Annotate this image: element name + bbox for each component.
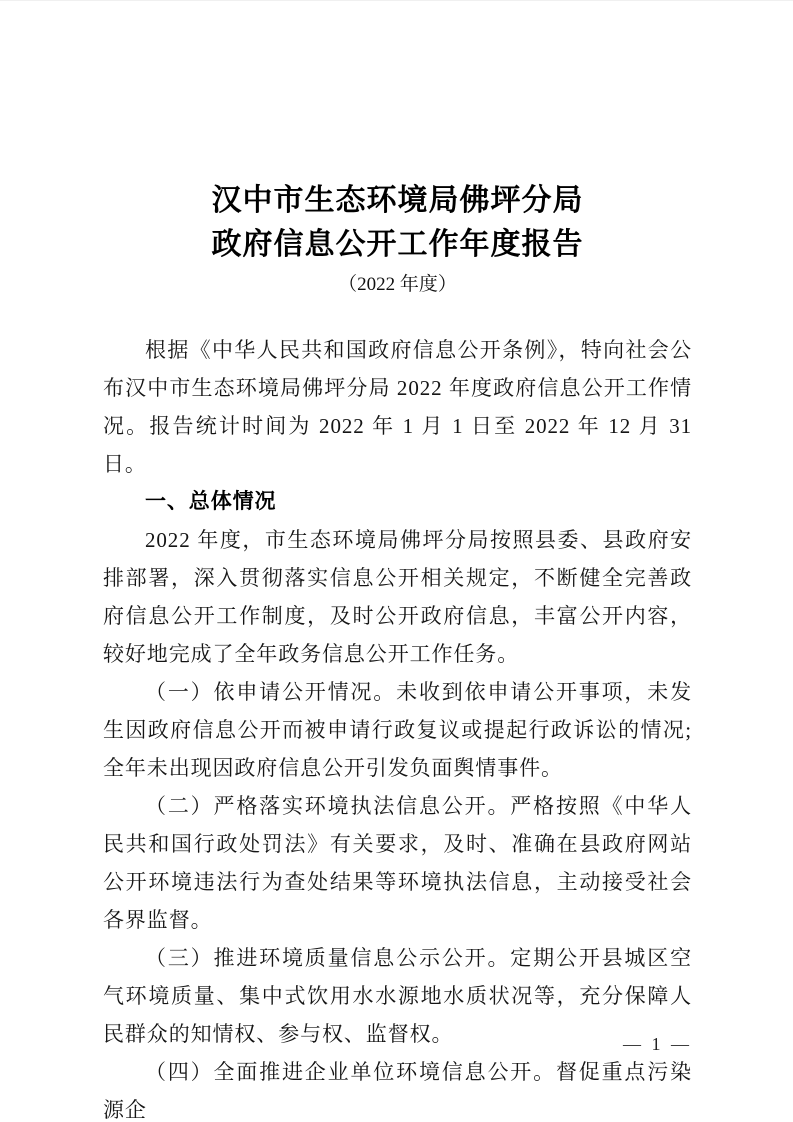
document-title-line-1: 汉中市生态环境局佛坪分局 — [103, 179, 692, 223]
page-number: — 1 — — [623, 1031, 692, 1057]
document-page: 汉中市生态环境局佛坪分局 政府信息公开工作年度报告 （2022 年度） 根据《中… — [0, 0, 793, 1122]
document-subtitle-year: （2022 年度） — [103, 270, 692, 300]
document-body: 根据《中华人民共和国政府信息公开条例》，特向社会公布汉中市生态环境局佛坪分局 2… — [103, 331, 692, 1122]
item-4-paragraph-partial: （四）全面推进企业单位环境信息公开。督促重点污染源企 — [103, 1053, 692, 1122]
item-1-paragraph: （一）依申请公开情况。未收到依申请公开事项，未发生因政府信息公开而被申请行政复议… — [103, 673, 692, 787]
intro-paragraph: 根据《中华人民共和国政府信息公开条例》，特向社会公布汉中市生态环境局佛坪分局 2… — [103, 331, 692, 483]
item-2-paragraph: （二）严格落实环境执法信息公开。严格按照《中华人民共和国行政处罚法》有关要求，及… — [103, 787, 692, 939]
document-title-line-2: 政府信息公开工作年度报告 — [103, 223, 692, 267]
document-title: 汉中市生态环境局佛坪分局 政府信息公开工作年度报告 — [103, 179, 692, 267]
overview-paragraph: 2022 年度，市生态环境局佛坪分局按照县委、县政府安排部署，深入贯彻落实信息公… — [103, 521, 692, 673]
document-content: 汉中市生态环境局佛坪分局 政府信息公开工作年度报告 （2022 年度） 根据《中… — [103, 179, 692, 1122]
section-heading-overall-situation: 一、总体情况 — [103, 483, 692, 521]
item-3-paragraph: （三）推进环境质量信息公示公开。定期公开县城区空气环境质量、集中式饮用水水源地水… — [103, 939, 692, 1053]
